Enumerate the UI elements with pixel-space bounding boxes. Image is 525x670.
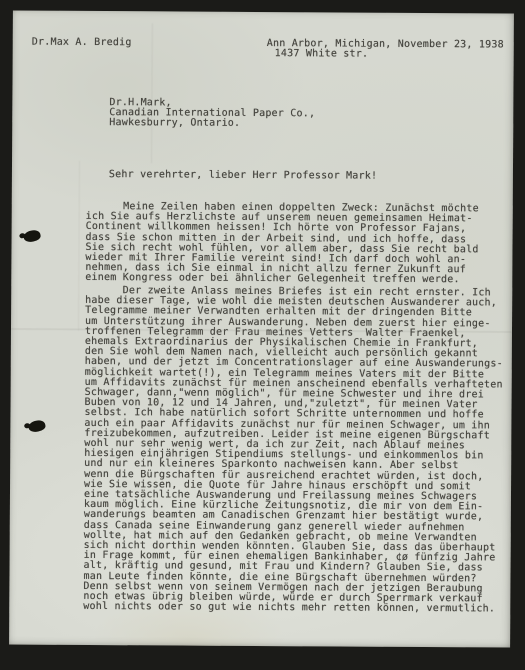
punch-hole-bottom — [28, 419, 47, 433]
salutation: Sehr verehrter, lieber Herr Professor Ma… — [109, 170, 377, 182]
sender-address-line: 1437 White str. — [275, 49, 369, 60]
fold-crease-vertical-top — [151, 23, 153, 163]
paragraph-2: Der zweite Anlass meines Briefes ist ein… — [83, 286, 503, 615]
recipient-address: Dr.H.Mark, Canadian International Paper … — [109, 98, 315, 130]
punch-hole-top — [23, 229, 42, 243]
sender-name: Dr.Max A. Bredig — [32, 38, 132, 49]
fold-crease-vertical-mid — [78, 161, 80, 331]
scanned-letter-page: { "scan": { "background_color": "#1b1b18… — [0, 0, 525, 670]
letter-paper: Dr.Max A. Bredig Ann Arbor, Michigan, No… — [9, 10, 514, 647]
paragraph-1: Meine Zeilen haben einen doppelten Zweck… — [85, 202, 479, 286]
